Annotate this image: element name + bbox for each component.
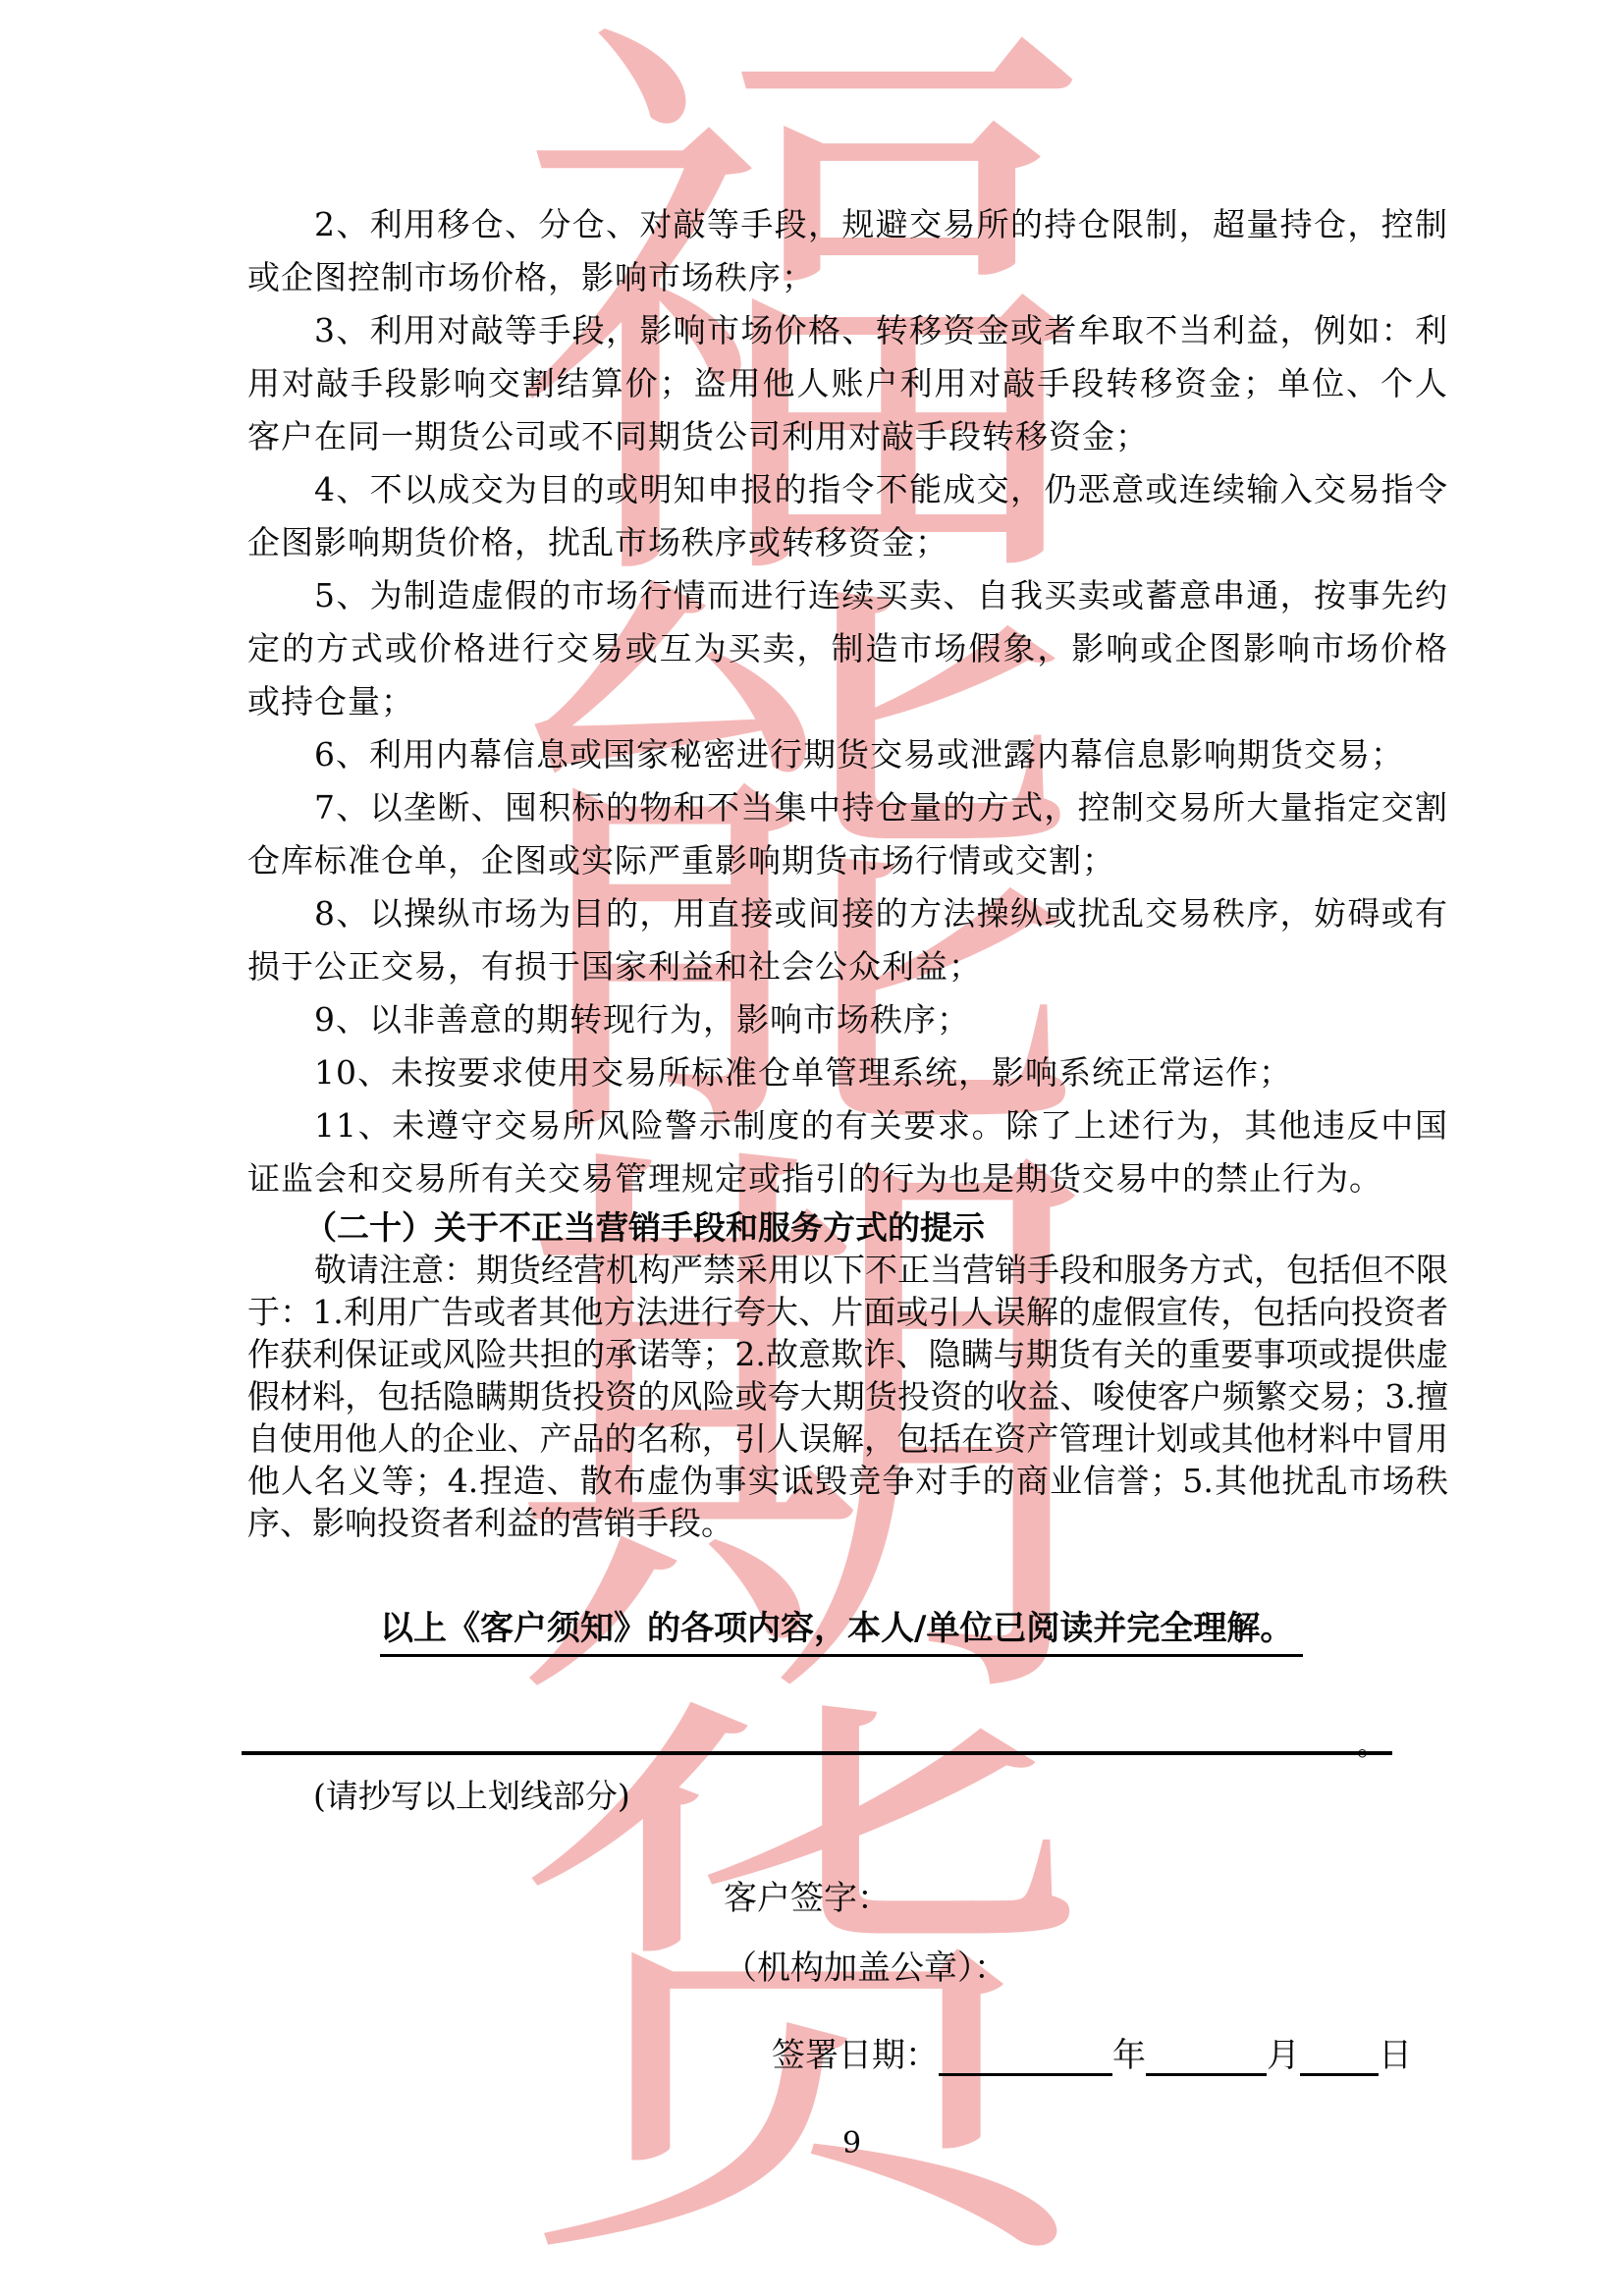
prohibited-item: 3、利用对敲等手段，影响市场价格、转移资金或者牟取不当利益，例如：利用对敲手段影… <box>247 304 1448 463</box>
prohibited-item: 5、为制造虚假的市场行情而进行连续买卖、自我买卖或蓄意串通，按事先约定的方式或价… <box>247 569 1448 728</box>
client-signature-label: 客户签字： <box>724 1871 891 1919</box>
acknowledgement-statement: 以上《客户须知》的各项内容，本人/单位已阅读并完全理解。 <box>380 1601 1303 1657</box>
prohibited-item: 7、以垄断、囤积标的物和不当集中持仓量的方式，控制交易所大量指定交割仓库标准仓单… <box>247 781 1448 887</box>
prohibited-item: 8、以操纵市场为目的，用直接或间接的方法操纵或扰乱交易秩序，妨碍或有损于公正交易… <box>247 887 1448 993</box>
prohibited-item: 2、利用移仓、分仓、对敲等手段，规避交易所的持仓限制，超量持仓，控制或企图控制市… <box>247 198 1448 304</box>
section-twenty-heading: （二十）关于不正当营销手段和服务方式的提示 <box>247 1206 1448 1249</box>
prohibited-item: 6、利用内幕信息或国家秘密进行期货交易或泄露内幕信息影响期货交易； <box>247 728 1448 781</box>
section-twenty: （二十）关于不正当营销手段和服务方式的提示 敬请注意：期货经营机构严禁采用以下不… <box>247 1206 1448 1544</box>
page-number: 9 <box>842 2126 861 2161</box>
signing-date-label: 签署日期： <box>772 2036 939 2075</box>
month-blank-field[interactable] <box>1146 2038 1267 2076</box>
prohibited-item: 10、未按要求使用交易所标准仓单管理系统，影响系统正常运作； <box>247 1046 1448 1099</box>
day-blank-field[interactable] <box>1300 2038 1379 2076</box>
prohibited-item: 11、未遵守交易所风险警示制度的有关要求。除了上述行为，其他违反中国证监会和交易… <box>247 1099 1448 1205</box>
org-seal-label: （机构加盖公章）： <box>724 1941 1007 1989</box>
copy-instruction: (请抄写以上划线部分) <box>313 1771 630 1817</box>
period-mark: 。 <box>1357 1721 1386 1764</box>
section-twenty-body: 敬请注意：期货经营机构严禁采用以下不正当营销手段和服务方式，包括但不限于：1.利… <box>247 1249 1448 1544</box>
document-page: 福 能 期 货 2、利用移仓、分仓、对敲等手段，规避交易所的持仓限制，超量持仓，… <box>0 0 1624 2296</box>
signing-date-line: 签署日期：年月日 <box>772 2028 1412 2076</box>
day-label: 日 <box>1379 2036 1412 2075</box>
year-label: 年 <box>1112 2036 1146 2075</box>
prohibited-item: 9、以非善意的期转现行为，影响市场秩序； <box>247 993 1448 1046</box>
year-blank-field[interactable] <box>939 2038 1112 2076</box>
month-label: 月 <box>1267 2036 1300 2075</box>
prohibited-item: 4、不以成交为目的或明知申报的指令不能成交，仍恶意或连续输入交易指令企图影响期货… <box>247 463 1448 569</box>
prohibited-items-section: 2、利用移仓、分仓、对敲等手段，规避交易所的持仓限制，超量持仓，控制或企图控制市… <box>247 198 1448 1205</box>
handwriting-copy-line[interactable] <box>242 1751 1392 1755</box>
